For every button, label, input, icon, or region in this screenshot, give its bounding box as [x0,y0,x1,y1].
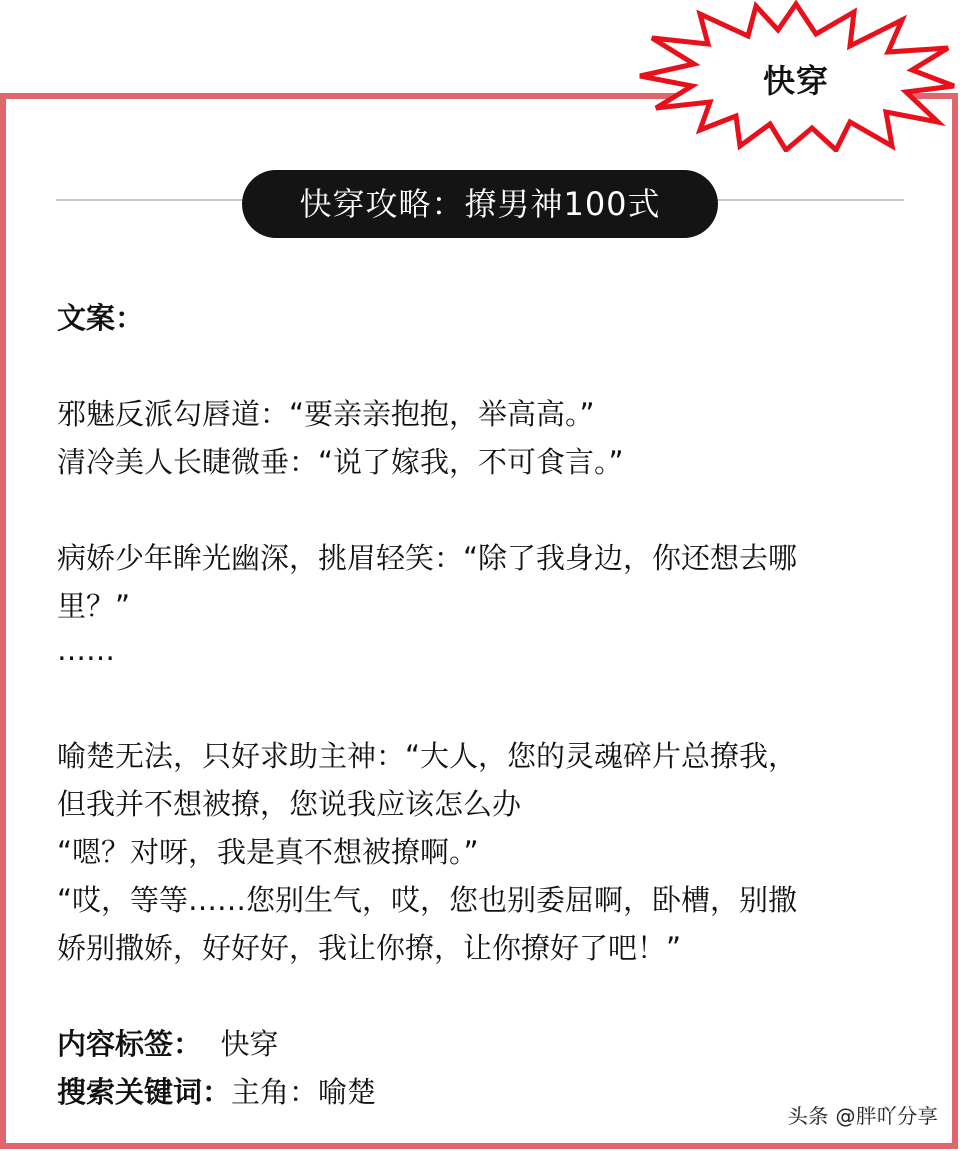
content-tags-value: 快穿 [202,1027,278,1061]
content-tags-label: 内容标签： [57,1027,202,1061]
search-keywords-label: 搜索关键词： [57,1075,231,1109]
synopsis-line: 邪魅反派勾唇道：“要亲亲抱抱，举高高。” [57,390,907,438]
synopsis-paragraph: 病娇少年眸光幽深，挑眉轻笑：“除了我身边，你还想去哪 里？” …… [57,534,907,670]
synopsis-line: “嗯？对呀，我是真不想被撩啊。” [57,828,907,876]
synopsis-line: 病娇少年眸光幽深，挑眉轻笑：“除了我身边，你还想去哪 [57,534,907,582]
synopsis-paragraph: 邪魅反派勾唇道：“要亲亲抱抱，举高高。” 清冷美人长睫微垂：“说了嫁我，不可食言… [57,390,907,486]
synopsis-paragraph: 喻楚无法，只好求助主神：“大人，您的灵魂碎片总撩我， 但我并不想被撩，您说我应该… [57,732,907,972]
synopsis-line: 娇别撒娇，好好好，我让你撩，让你撩好了吧！” [57,924,907,972]
source-watermark: 头条 @胖吖分享 [788,1100,938,1129]
search-keywords-row: 搜索关键词：主角：喻楚 [57,1068,907,1116]
synopsis-line: 清冷美人长睫微垂：“说了嫁我，不可食言。” [57,438,907,486]
genre-badge: 快穿 [636,0,960,152]
genre-badge-label: 快穿 [634,56,958,102]
synopsis-line: “哎，等等……您别生气，哎，您也别委屈啊，卧槽，别撒 [57,876,907,924]
book-title: 快穿攻略：撩男神100式 [242,170,718,238]
synopsis-line: 里？” [57,582,907,630]
spacer [57,670,907,732]
synopsis-ellipsis: …… [57,630,907,670]
content-tags-row: 内容标签： 快穿 [57,1020,907,1068]
synopsis-section: 文案： 邪魅反派勾唇道：“要亲亲抱抱，举高高。” 清冷美人长睫微垂：“说了嫁我，… [57,294,907,1116]
spacer [57,486,907,534]
spacer [57,972,907,1020]
synopsis-line: 喻楚无法，只好求助主神：“大人，您的灵魂碎片总撩我， [57,732,907,780]
spacer [57,342,907,390]
synopsis-line: 但我并不想被撩，您说我应该怎么办 [57,780,907,828]
search-keywords-value: 主角：喻楚 [231,1075,376,1109]
synopsis-heading: 文案： [57,294,907,342]
